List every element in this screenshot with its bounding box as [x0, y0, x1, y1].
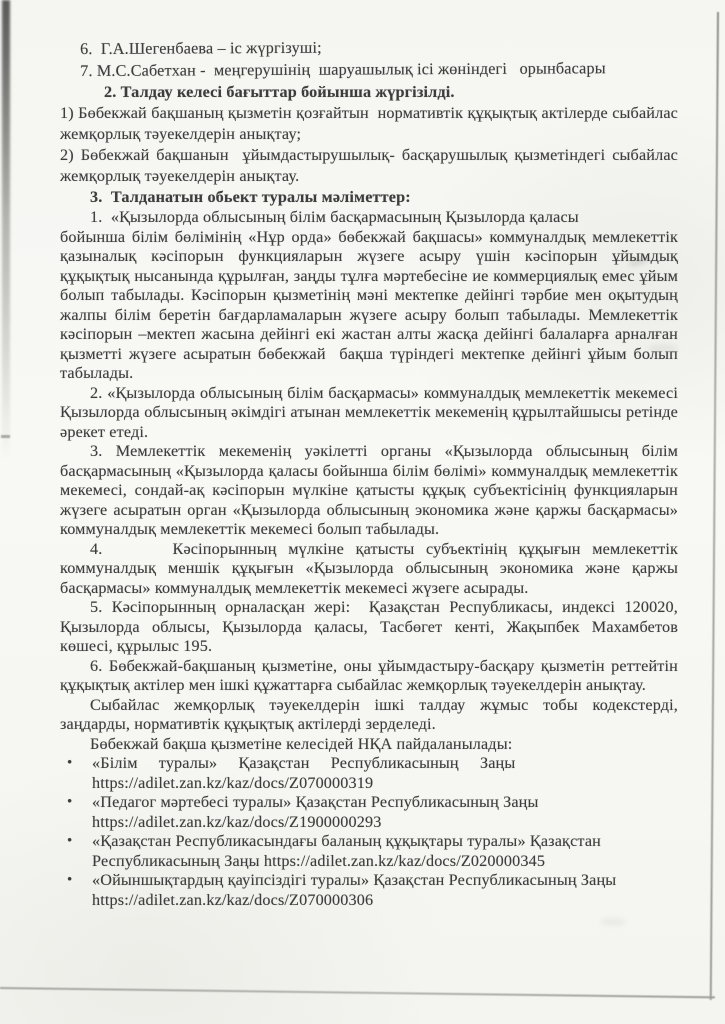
law-url: Республикасының Заңы https://adilet.zan.…: [92, 852, 678, 872]
law-url: https://adilet.zan.kz/kaz/docs/Z19000002…: [92, 813, 678, 833]
analysis-direction-2: 2) Бөбекжай бақшанын ұйымдастырушылық- б…: [60, 145, 678, 187]
bullet-icon: •: [67, 754, 72, 774]
scan-edge-shadow: [2, 0, 10, 460]
bullet-icon: •: [67, 871, 72, 891]
law-title: «Білім туралы» Қазақстан Республикасының…: [92, 754, 678, 774]
list-item: • «Қазақстан Республикасындағы баланың қ…: [60, 832, 678, 871]
law-title: «Қазақстан Республикасындағы баланың құқ…: [92, 832, 678, 852]
official-item-7: 7. М.С.Сабетхан - меңгерушінің шаруашылы…: [80, 57, 678, 82]
law-title: «Педагог мәртебесі туралы» Қазақстан Рес…: [92, 793, 678, 813]
paragraph-nka-intro: Бөбекжай бақша қызметіне келесідей НҚА п…: [60, 735, 678, 755]
paragraph-2: 2. «Қызылорда облысының білім басқармасы…: [60, 384, 678, 443]
scanned-document-page: 6. Г.А.Шегенбаева – іс жүргізуші; 7. М.С…: [0, 0, 725, 1024]
scan-artifact-tick: [1, 435, 10, 438]
paragraph-3: 3. Мемлекеттік мекеменің уәкілетті орган…: [60, 442, 678, 540]
official-item-6: 6. Г.А.Шегенбаева – іс жүргізуші;: [80, 35, 678, 60]
scan-smudge: [600, 918, 626, 926]
paragraph-6: 6. Бөбекжай-бақшаның қызметіне, оны ұйым…: [60, 657, 678, 696]
page-edge-line-right: [710, 12, 719, 1000]
document-content: 6. Г.А.Шегенбаева – іс жүргізуші; 7. М.С…: [60, 38, 678, 910]
paragraph-4: 4. Кәсіпорынның мүлкіне қатысты субъекті…: [60, 540, 678, 599]
analysis-direction-1: 1) Бөбекжай бақшаның қызметін қозғайтын …: [60, 103, 678, 145]
bullet-icon: •: [67, 832, 72, 852]
page-edge-line-bottom: [0, 987, 715, 998]
section-2-heading: 2. Талдау келесі бағыттар бойынша жүргіз…: [60, 82, 678, 103]
paragraph-5: 5. Кәсіпорынның орналасқан жері: Қазақст…: [60, 598, 678, 657]
list-item: • «Ойыншықтардың қауіпсіздігі туралы» Қа…: [60, 871, 678, 910]
paragraph-working-group: Сыбайлас жемқорлық тәуекелдерін ішкі тал…: [60, 696, 678, 735]
paragraph-1: бойынша білім бөлімінің «Нұр орда» бөбек…: [60, 228, 678, 384]
list-item: • «Педагог мәртебесі туралы» Қазақстан Р…: [60, 793, 678, 832]
law-url: https://adilet.zan.kz/kaz/docs/Z07000030…: [92, 891, 678, 911]
officials-list: 6. Г.А.Шегенбаева – іс жүргізуші; 7. М.С…: [80, 35, 678, 82]
law-url: https://adilet.zan.kz/kaz/docs/Z07000031…: [92, 774, 678, 794]
law-title: «Ойыншықтардың қауіпсіздігі туралы» Қаза…: [92, 871, 678, 891]
list-item: • «Білім туралы» Қазақстан Республикасын…: [60, 754, 678, 793]
bullet-icon: •: [67, 793, 72, 813]
section-3-heading: 3. Талданатын обьект туралы мәліметтер:: [60, 187, 678, 208]
nka-law-list: • «Білім туралы» Қазақстан Республикасын…: [60, 754, 678, 910]
paragraph-1-first-line: 1. «Қызылорда облысының білім басқармасы…: [60, 208, 678, 228]
